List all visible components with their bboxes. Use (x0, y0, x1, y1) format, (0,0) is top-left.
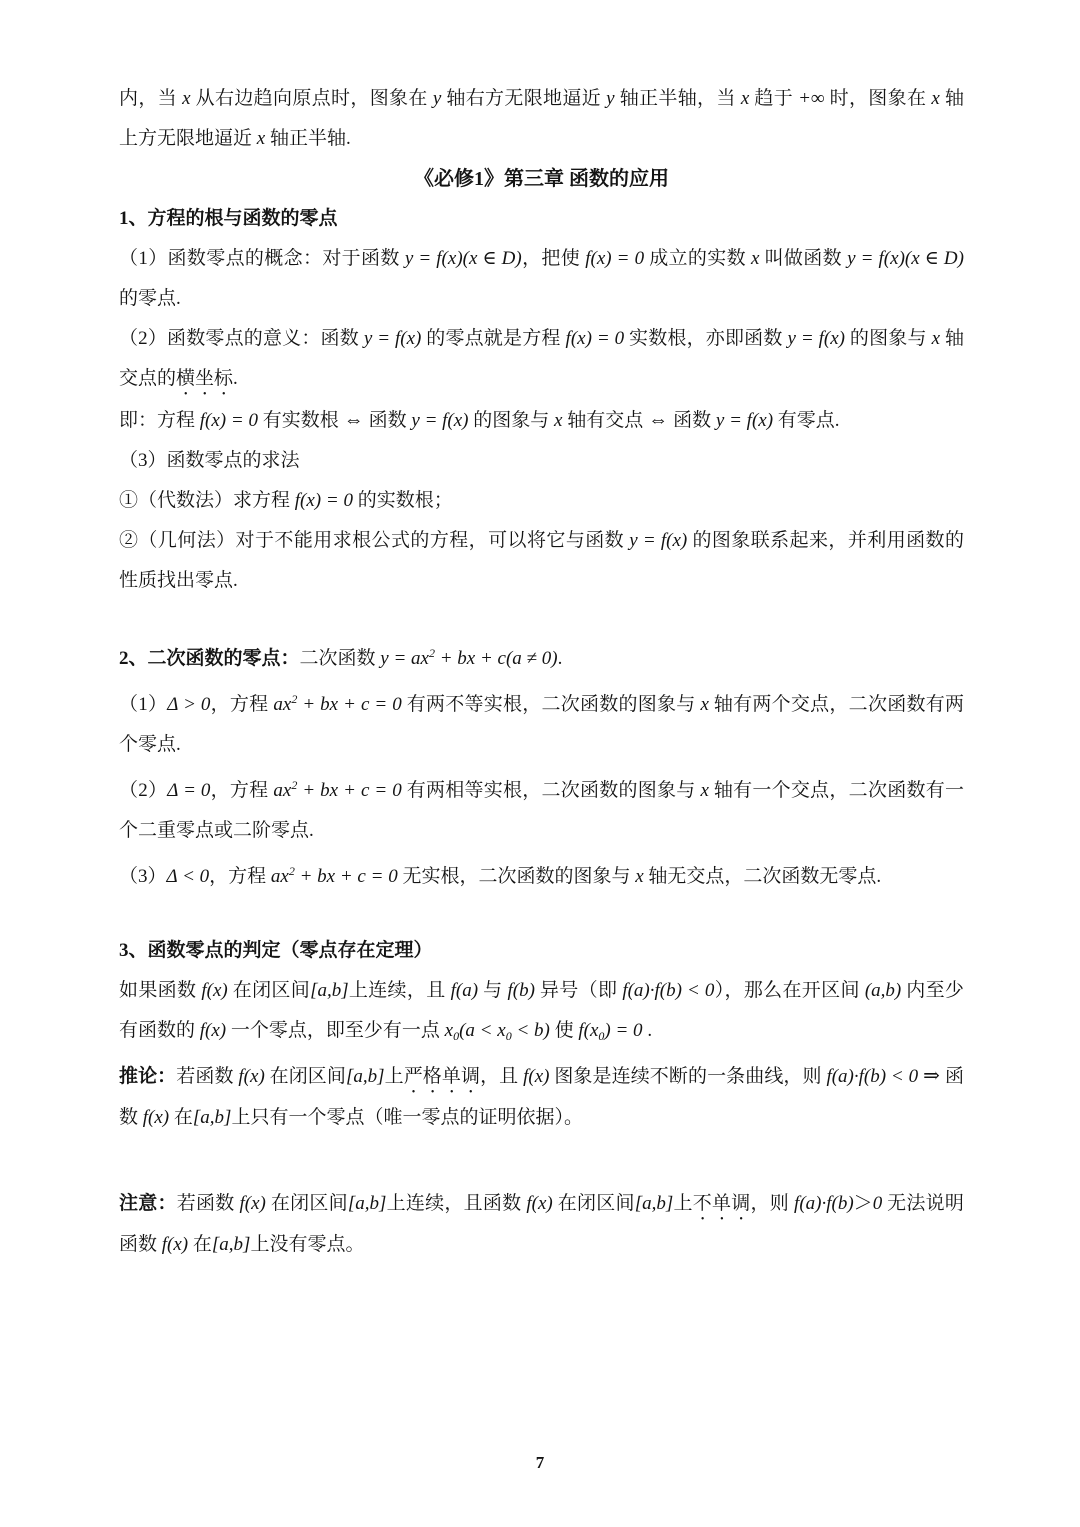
text-segment-m: ax (273, 694, 291, 715)
text-segment-cn: 轴正半轴，当 (615, 88, 741, 109)
text-segment-cn: 有两相等实根，二次函数的图象与 (402, 780, 701, 801)
text-segment-m: f(x) (143, 1107, 169, 1128)
text-segment-cn: 上 (385, 1066, 404, 1087)
text-segment-cn: 上连续，且函数 (386, 1193, 526, 1214)
text-segment-cn: 上只有一个零点（唯一零点的证明依据）。 (231, 1107, 583, 1128)
text-segment-m: y = f(x) (364, 328, 422, 349)
text-segment-m: Δ = 0 (167, 780, 210, 801)
section-1-method-1: ①（代数法）求方程 f(x) = 0 的实数根； (119, 481, 964, 521)
text-segment-m: + bx + c = 0 (295, 866, 398, 887)
text-segment-cn: 即：方程 (119, 410, 200, 431)
text-segment-cn: 二次函数 (300, 648, 381, 669)
text-segment-m: f(b) (507, 980, 534, 1001)
text-segment-m: x (635, 866, 643, 887)
text-segment-m: x (182, 88, 190, 109)
text-segment-m: f(x) (200, 1020, 226, 1041)
text-segment-b: 3、函数零点的判定（零点存在定理） (119, 940, 433, 961)
section-3-corollary: 推论：若函数 f(x) 在闭区间[a,b]上严格单调，且 f(x) 图象是连续不… (119, 1056, 964, 1138)
text-segment-m: + bx + c = 0 (297, 694, 401, 715)
text-segment-cn: 如果函数 (119, 980, 201, 1001)
text-segment-cn: 轴有交点 (562, 410, 643, 431)
text-segment-m: y = f(x) (716, 410, 773, 431)
text-segment-cn: 异号（即 (535, 980, 622, 1001)
text-segment-cn: 叫做函数 (759, 248, 847, 269)
text-segment-m: y (606, 88, 614, 109)
section-3-heading: 3、函数零点的判定（零点存在定理） (119, 931, 964, 971)
text-segment-cn: 在闭区间 (266, 1193, 348, 1214)
text-segment-cn: 一个零点，即至少有一点 (226, 1020, 445, 1041)
text-segment-cn: 上 (673, 1193, 693, 1214)
text-segment-cn: 的零点就是方程 (421, 328, 565, 349)
text-segment-m: x (257, 128, 265, 149)
section-2-case-2: （2）Δ = 0，方程 ax2 + bx + c = 0 有两相等实根，二次函数… (119, 765, 964, 851)
section-2-case-3: （3）Δ < 0，方程 ax2 + bx + c = 0 无实根，二次函数的图象… (119, 851, 964, 897)
text-segment-cn: 使 (550, 1020, 579, 1041)
text-segment-cn: 图象是连续不断的一条曲线，则 (550, 1066, 827, 1087)
text-segment-cn: ②（几何法）对于不能用求根公式的方程，可以将它与函数 (119, 530, 629, 551)
chapter-heading: 《必修1》第三章 函数的应用 (119, 159, 964, 199)
text-segment-m: + bx + c = 0 (297, 780, 401, 801)
text-segment-cn: 若函数 (176, 1066, 238, 1087)
text-segment-cn: 上连续，且 (349, 980, 451, 1001)
section-1-equivalence: 即：方程 f(x) = 0 有实数根 ⇔ 函数 y = f(x) 的图象与 x … (119, 400, 964, 441)
text-segment-cn: 在 (188, 1234, 212, 1255)
text-segment-m: 0 (873, 1193, 883, 1214)
page-number: 7 (0, 1453, 1080, 1473)
text-segment-dots: 严格单调 (404, 1066, 480, 1087)
text-segment-m: Δ < 0 (167, 866, 210, 887)
text-segment-cn: 轴正半轴. (265, 128, 351, 149)
text-segment-cn: （2） (119, 780, 167, 801)
text-segment-b: 1、方程的根与函数的零点 (119, 208, 338, 229)
text-segment-m: < b) (512, 1020, 550, 1041)
text-segment-cn: 在闭区间 (265, 1066, 346, 1087)
text-segment-m: f(x) (526, 1193, 552, 1214)
text-segment-cn: 有实数根 (258, 410, 339, 431)
text-segment-cn: ，且 (480, 1066, 523, 1087)
text-segment-m: [a,b] (310, 980, 349, 1001)
section-3-note: 注意：若函数 f(x) 在闭区间[a,b]上连续，且函数 f(x) 在闭区间[a… (119, 1184, 964, 1265)
text-segment-m: (a < x (459, 1020, 506, 1041)
text-segment-m: y = f(x) (787, 328, 845, 349)
text-segment-m: f(a)·f(b) (794, 1193, 854, 1214)
text-segment-m: f(x (578, 1020, 598, 1041)
text-segment-m: +∞ (798, 88, 824, 109)
text-segment-cn: . (558, 648, 563, 669)
text-segment-m: [a,b] (348, 1193, 387, 1214)
text-segment-cn: （3）函数零点的求法 (119, 450, 300, 471)
text-segment-sym: ⇒ (918, 1065, 945, 1087)
text-segment-b: 推论： (119, 1066, 176, 1087)
text-segment-b: 2、二次函数的零点： (119, 648, 300, 669)
text-segment-dots: 不单调 (693, 1193, 751, 1214)
text-segment-m: f(x) = 0 (566, 328, 625, 349)
text-segment-m: f(x) = 0 (200, 410, 258, 431)
text-segment-m: x (700, 780, 708, 801)
text-segment-cn: 轴右方无限地逼近 (441, 88, 606, 109)
text-segment-m: ax (273, 780, 291, 801)
text-segment-cn: 的图象与 (845, 328, 932, 349)
text-segment-m: ax (271, 866, 289, 887)
text-segment-cn: （1）函数零点的概念：对于函数 (119, 248, 405, 269)
text-segment-cn: 趋于 (749, 88, 798, 109)
text-segment-m: x (445, 1020, 453, 1041)
text-segment-cn: ，则 (751, 1193, 795, 1214)
text-segment-cn: （2）函数零点的意义：函数 (119, 328, 364, 349)
text-segment-cn: 的实数根； (353, 490, 453, 511)
text-segment-cn: 从右边趋向原点时，图象在 (191, 88, 433, 109)
text-segment-cn: 无实根，二次函数的图象与 (398, 866, 636, 887)
text-segment-cn: （3） (119, 866, 167, 887)
section-2-case-1: （1）Δ > 0，方程 ax2 + bx + c = 0 有两不等实根，二次函数… (119, 679, 964, 765)
text-segment-b: 注意： (119, 1193, 177, 1214)
text-segment-m: f(x) = 0 (585, 248, 644, 269)
text-segment-cn: ，把使 (522, 248, 586, 269)
section-1-item-2: （2）函数零点的意义：函数 y = f(x) 的零点就是方程 f(x) = 0 … (119, 319, 964, 400)
section-1-heading: 1、方程的根与函数的零点 (119, 199, 964, 239)
text-segment-cn: 的零点. (119, 288, 181, 309)
text-segment-cn: 函数 (673, 410, 716, 431)
text-segment-cn: 时，图象在 (825, 88, 932, 109)
text-segment-m: f(x) (162, 1234, 188, 1255)
intro-continuation: 内，当 x 从右边趋向原点时，图象在 y 轴右方无限地逼近 y 轴正半轴，当 x… (119, 79, 964, 159)
text-segment-m: [a,b] (193, 1107, 232, 1128)
text-segment-m: f(x) (201, 980, 227, 1001)
text-segment-cn: ＞ (854, 1193, 873, 1214)
text-segment-m: y = ax (380, 648, 429, 669)
section-1-item-3: （3）函数零点的求法 (119, 441, 964, 481)
text-segment-cn: 有零点. (773, 410, 840, 431)
text-segment-m: f(x) = 0 (295, 490, 353, 511)
text-segment-m: f(x) (238, 1066, 264, 1087)
text-segment-m: (a,b) (865, 980, 901, 1001)
text-segment-m: x (931, 88, 939, 109)
text-segment-m: + bx + c(a ≠ 0) (435, 648, 558, 669)
text-segment-m: f(a)·f(b) < 0 (622, 980, 714, 1001)
text-segment-b: 《必修1》第三章 函数的应用 (414, 168, 669, 190)
text-segment-cn: . (233, 368, 238, 389)
text-segment-cn: 若函数 (177, 1193, 240, 1214)
text-segment-m: f(x) (523, 1066, 549, 1087)
text-segment-cn: 在闭区间 (228, 980, 310, 1001)
text-segment-m: f(a) (451, 980, 478, 1001)
text-segment-m: y = f(x) (411, 410, 468, 431)
text-segment-cn: （1） (119, 694, 167, 715)
text-segment-m: y = f(x)(x ∈ D) (847, 248, 964, 269)
text-segment-m: f(x) (240, 1193, 266, 1214)
section-3-theorem: 如果函数 f(x) 在闭区间[a,b]上连续，且 f(a) 与 f(b) 异号（… (119, 971, 964, 1056)
text-segment-m: y (433, 88, 441, 109)
text-segment-cn: 在闭区间 (553, 1193, 635, 1214)
text-segment-dots: 横坐标 (176, 368, 233, 389)
text-segment-cn: 与 (478, 980, 507, 1001)
text-segment-m: x (700, 694, 708, 715)
text-segment-cn: ，方程 (209, 866, 271, 887)
text-segment-cn: ，方程 (210, 694, 273, 715)
section-2-heading: 2、二次函数的零点：二次函数 y = ax2 + bx + c(a ≠ 0). (119, 633, 964, 679)
text-segment-m: [a,b] (346, 1066, 385, 1087)
text-segment-cn: 在 (169, 1107, 193, 1128)
text-segment-cn: ），那么在开区间 (714, 980, 864, 1001)
text-segment-m: ) = 0 (604, 1020, 642, 1041)
text-segment-cn: 的图象与 (469, 410, 555, 431)
text-segment-cn: . (643, 1020, 653, 1041)
text-segment-cn: ，方程 (210, 780, 273, 801)
text-segment-m: y = f(x) (629, 530, 687, 551)
text-segment-m: x (932, 328, 940, 349)
text-segment-cn: 实数根，亦即函数 (624, 328, 787, 349)
section-1-method-2: ②（几何法）对于不能用求根公式的方程，可以将它与函数 y = f(x) 的图象联… (119, 521, 964, 601)
text-segment-cn: 有两不等实根，二次函数的图象与 (402, 694, 701, 715)
text-segment-cn: 内，当 (119, 88, 182, 109)
document-body: 内，当 x 从右边趋向原点时，图象在 y 轴右方无限地逼近 y 轴正半轴，当 x… (119, 79, 964, 1265)
text-segment-sym: ⇔ (643, 409, 673, 431)
text-segment-cn: 成立的实数 (644, 248, 751, 269)
text-segment-m: f(a)·f(b) < 0 (826, 1066, 918, 1087)
text-segment-m: [a,b] (635, 1193, 674, 1214)
text-segment-cn: 上没有零点。 (250, 1234, 364, 1255)
text-segment-m: y = f(x)(x ∈ D) (405, 248, 522, 269)
text-segment-m: [a,b] (212, 1234, 251, 1255)
text-segment-sym: ⇔ (339, 409, 369, 431)
section-1-item-1: （1）函数零点的概念：对于函数 y = f(x)(x ∈ D)，把使 f(x) … (119, 239, 964, 319)
text-segment-cn: 函数 (369, 410, 412, 431)
text-segment-cn: 轴无交点，二次函数无零点. (644, 866, 882, 887)
text-segment-m: Δ > 0 (167, 694, 210, 715)
text-segment-cn: ①（代数法）求方程 (119, 490, 295, 511)
